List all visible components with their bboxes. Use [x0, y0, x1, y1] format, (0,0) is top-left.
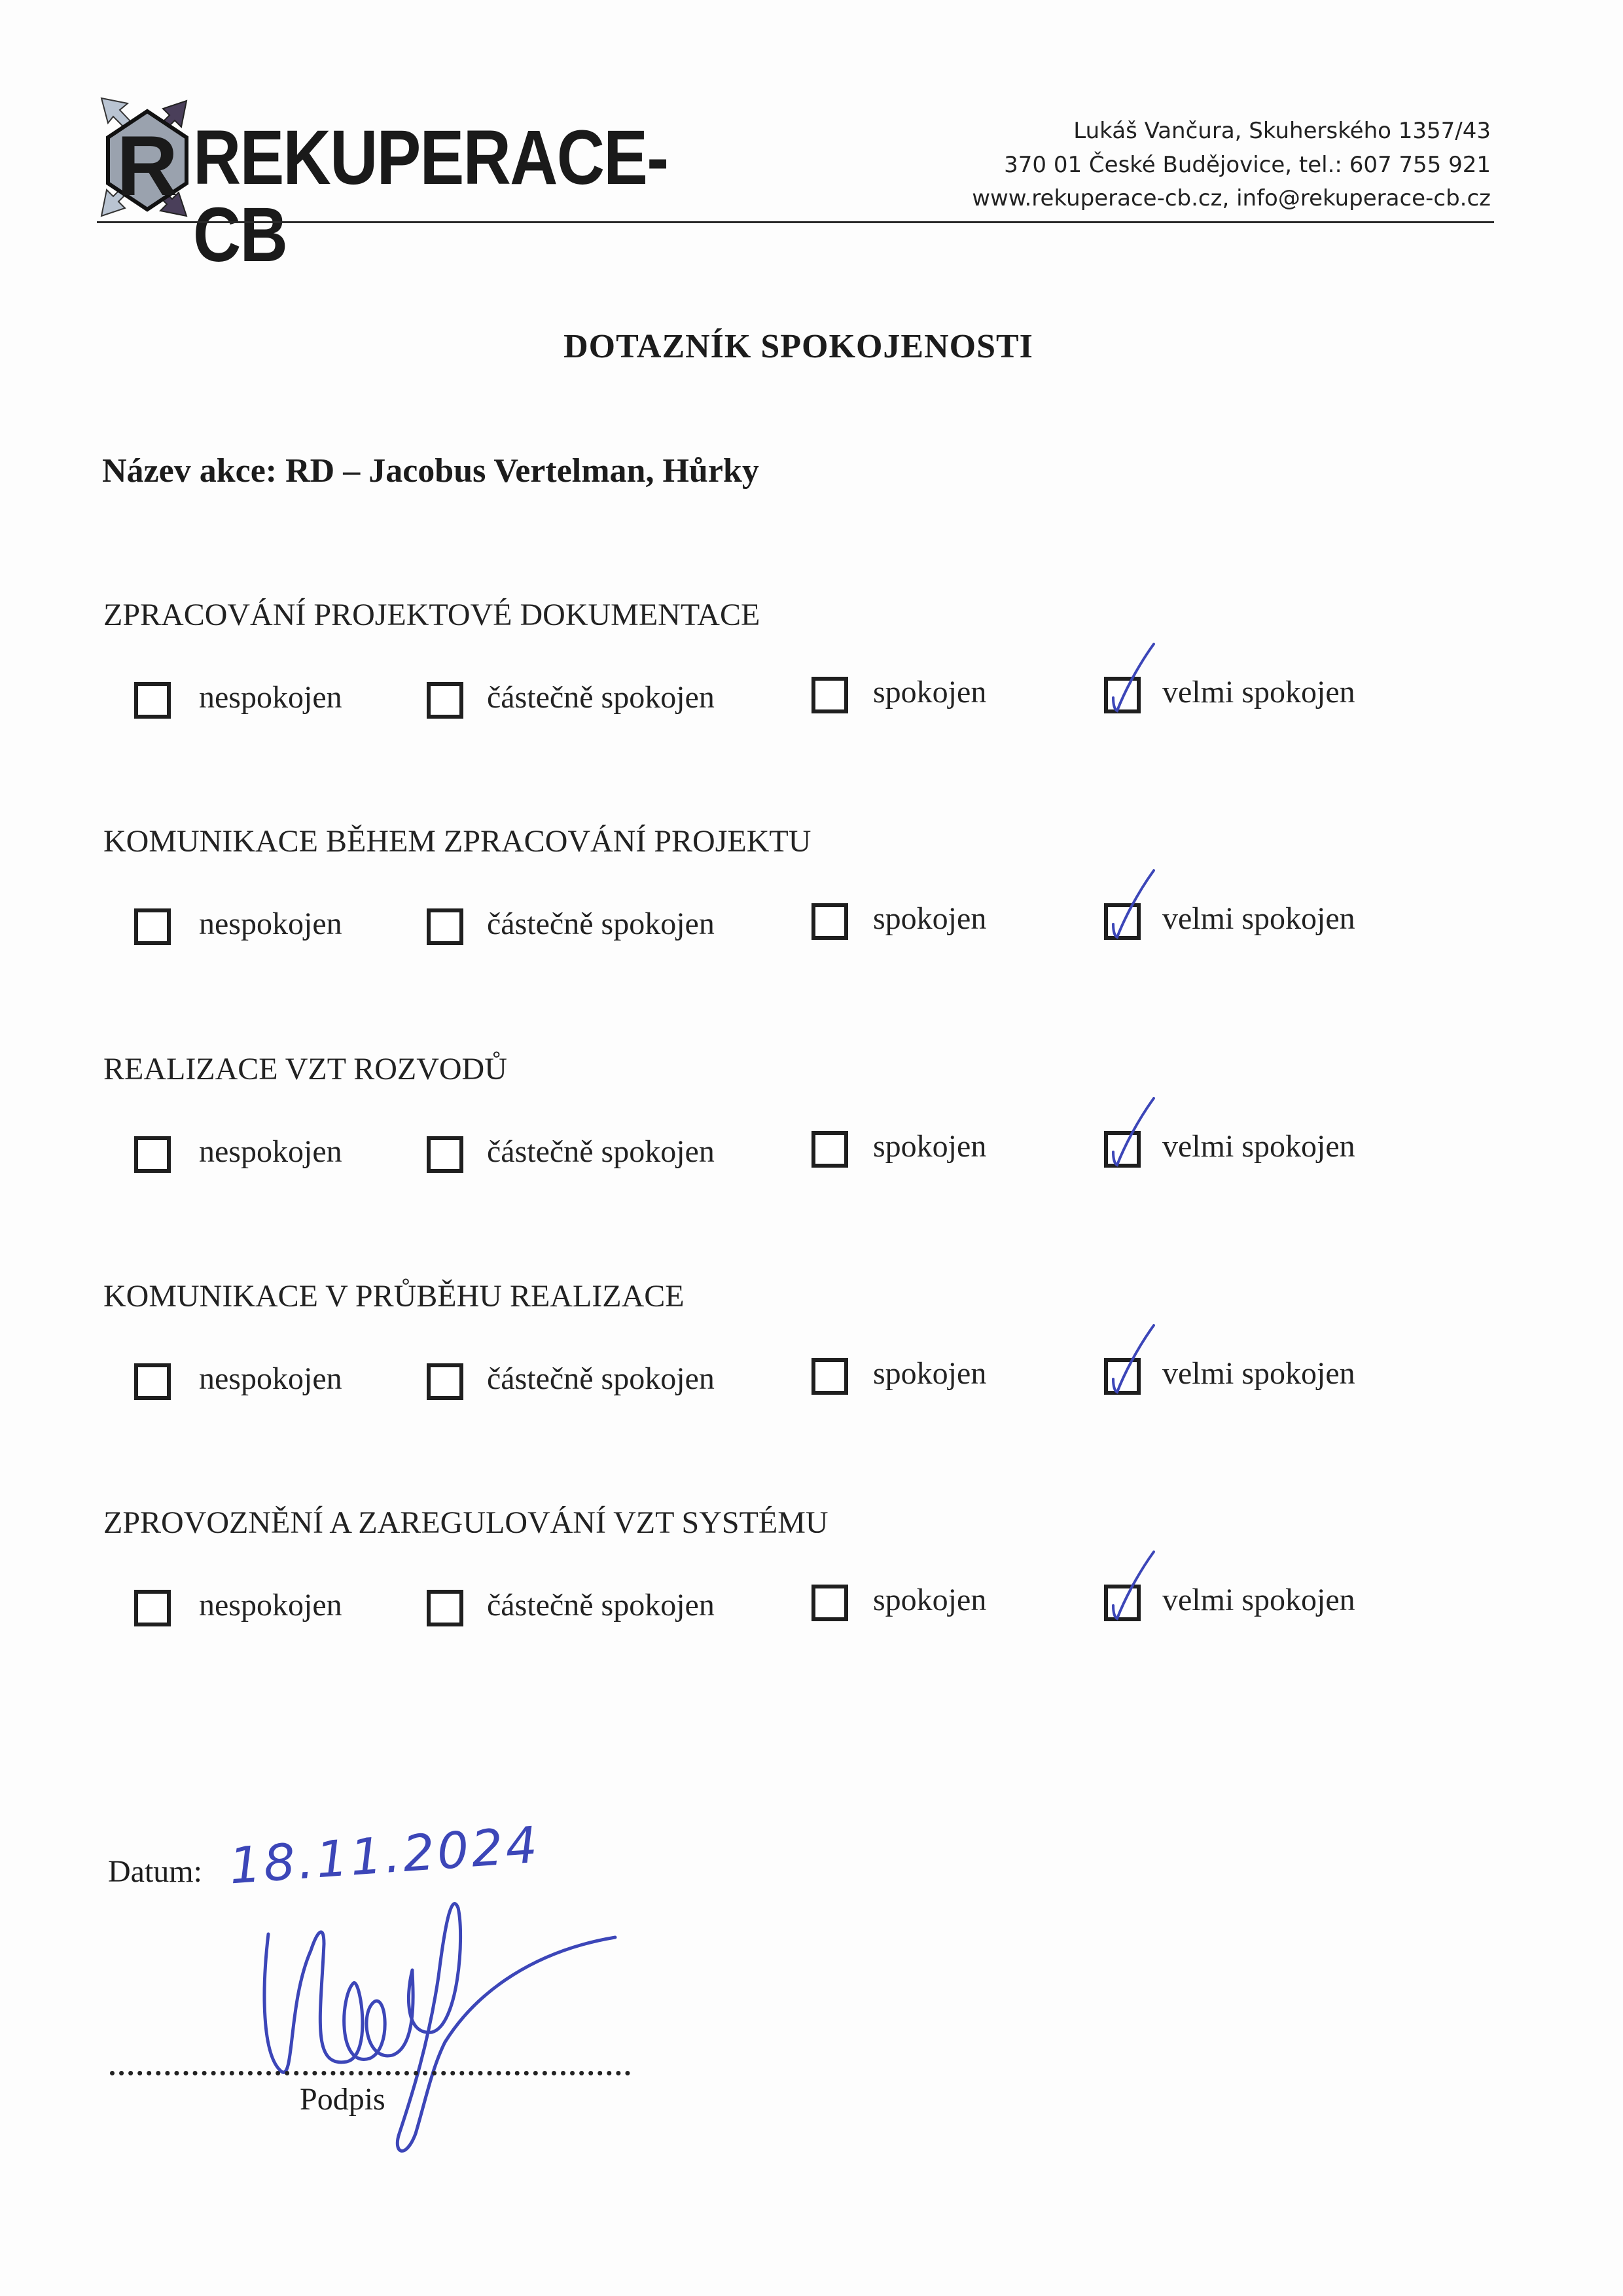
- option-label: částečně spokojen: [487, 1134, 715, 1170]
- checkbox-částečně-spokojen[interactable]: [427, 682, 463, 719]
- option-label: částečně spokojen: [487, 679, 715, 715]
- signature-label: Podpis: [300, 2081, 385, 2117]
- header-divider: [97, 221, 1494, 223]
- option-label: velmi spokojen: [1162, 1128, 1355, 1164]
- checkbox-velmi-spokojen[interactable]: [1104, 1131, 1141, 1168]
- option-label: částečně spokojen: [487, 906, 715, 942]
- section-title: ZPROVOZNĚNÍ A ZAREGULOVÁNÍ VZT SYSTÉMU: [103, 1505, 829, 1541]
- section-title: KOMUNIKACE BĚHEM ZPRACOVÁNÍ PROJEKTU: [103, 823, 811, 859]
- option-label: nespokojen: [199, 1134, 342, 1170]
- checkbox-nespokojen[interactable]: [134, 1363, 171, 1400]
- checkbox-částečně-spokojen[interactable]: [427, 1590, 463, 1626]
- option-label: nespokojen: [199, 906, 342, 942]
- contact-city-phone: 370 01 České Budějovice, tel.: 607 755 9…: [1004, 152, 1491, 178]
- checkbox-velmi-spokojen[interactable]: [1104, 1585, 1141, 1621]
- checkbox-částečně-spokojen[interactable]: [427, 1363, 463, 1400]
- checkmark-icon: [1104, 868, 1163, 946]
- checkbox-velmi-spokojen[interactable]: [1104, 1358, 1141, 1395]
- section-title: REALIZACE VZT ROZVODŮ: [103, 1051, 507, 1087]
- option-label: nespokojen: [199, 679, 342, 715]
- checkbox-spokojen[interactable]: [811, 1131, 848, 1168]
- logo-emblem-icon: R: [95, 92, 200, 223]
- checkbox-nespokojen[interactable]: [134, 682, 171, 719]
- option-label: nespokojen: [199, 1361, 342, 1397]
- option-label: spokojen: [873, 674, 986, 710]
- section-title: KOMUNIKACE V PRŮBĚHU REALIZACE: [103, 1278, 685, 1314]
- checkbox-částečně-spokojen[interactable]: [427, 1136, 463, 1173]
- option-label: spokojen: [873, 1128, 986, 1164]
- checkbox-nespokojen[interactable]: [134, 908, 171, 945]
- checkmark-icon: [1104, 1096, 1163, 1174]
- signature-line: [110, 2071, 630, 2075]
- option-label: částečně spokojen: [487, 1361, 715, 1397]
- checkmark-icon: [1104, 1549, 1163, 1628]
- checkbox-velmi-spokojen[interactable]: [1104, 903, 1141, 940]
- option-label: velmi spokojen: [1162, 1355, 1355, 1391]
- svg-text:R: R: [116, 118, 178, 213]
- checkbox-částečně-spokojen[interactable]: [427, 908, 463, 945]
- logo-wordmark: REKUPERACE-CB: [193, 119, 668, 274]
- option-label: nespokojen: [199, 1587, 342, 1623]
- date-label: Datum:: [108, 1854, 202, 1890]
- option-label: spokojen: [873, 1355, 986, 1391]
- option-label: spokojen: [873, 901, 986, 937]
- project-name: Název akce: RD – Jacobus Vertelman, Hůrk…: [102, 452, 759, 490]
- contact-web-email[interactable]: www.rekuperace-cb.cz, info@rekuperace-cb…: [972, 185, 1491, 211]
- checkbox-nespokojen[interactable]: [134, 1136, 171, 1173]
- checkmark-icon: [1104, 641, 1163, 720]
- checkbox-nespokojen[interactable]: [134, 1590, 171, 1626]
- option-label: částečně spokojen: [487, 1587, 715, 1623]
- checkbox-spokojen[interactable]: [811, 1358, 848, 1395]
- option-label: velmi spokojen: [1162, 1582, 1355, 1618]
- checkbox-spokojen[interactable]: [811, 1585, 848, 1621]
- option-label: velmi spokojen: [1162, 901, 1355, 937]
- contact-address: Lukáš Vančura, Skuherského 1357/43: [1073, 118, 1491, 144]
- option-label: velmi spokojen: [1162, 674, 1355, 710]
- document-title: DOTAZNÍK SPOKOJENOSTI: [0, 327, 1597, 366]
- checkbox-spokojen[interactable]: [811, 677, 848, 713]
- option-label: spokojen: [873, 1582, 986, 1618]
- signature-handwritten: [196, 1885, 785, 2160]
- section-title: ZPRACOVÁNÍ PROJEKTOVÉ DOKUMENTACE: [103, 597, 760, 633]
- checkmark-icon: [1104, 1323, 1163, 1401]
- date-value-handwritten[interactable]: 18.11.2024: [227, 1816, 541, 1895]
- company-logo: R REKUPERACE-CB: [95, 92, 632, 223]
- checkbox-velmi-spokojen[interactable]: [1104, 677, 1141, 713]
- checkbox-spokojen[interactable]: [811, 903, 848, 940]
